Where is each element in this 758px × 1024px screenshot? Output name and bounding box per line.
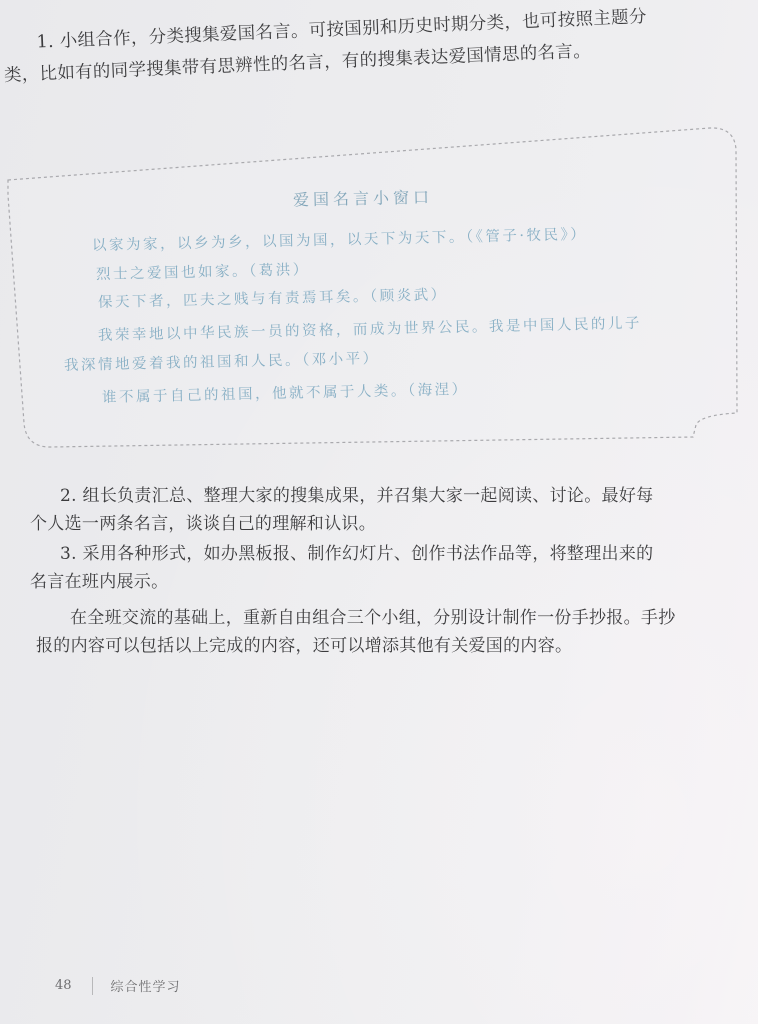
section-title: 综合性学习 [111,976,181,995]
closing-line-2: 报的内容可以包括以上完成的内容，还可以增添其他有关爱国的内容。 [36,632,676,660]
page-number: 48 [55,978,72,993]
closing-paragraph: 在全班交流的基础上，重新自由组合三个小组，分别设计制作一份手抄报。手抄 报的内容… [36,604,676,660]
quote-box-title: 爱国名言小窗口 [293,185,433,211]
item-3-line-2: 名言在班内展示。 [30,568,653,596]
instruction-item-1: 1. 小组合作，分类搜集爱国名言。可按国别和历史时期分类，也可按照主题分 类，比… [2,1,649,92]
closing-line-1: 在全班交流的基础上，重新自由组合三个小组，分别设计制作一份手抄报。手抄 [36,604,676,632]
instruction-item-3: 3. 采用各种形式，如办黑板报、制作幻灯片、创作书法作品等，将整理出来的 名言在… [60,540,653,596]
footer-divider [92,977,93,995]
item-2-line-2: 个人选一两条名言，谈谈自己的理解和认识。 [30,510,653,538]
page-footer: 48 综合性学习 [55,976,181,995]
item-3-line-1: 3. 采用各种形式，如办黑板报、制作幻灯片、创作书法作品等，将整理出来的 [60,540,653,568]
instruction-item-2: 2. 组长负责汇总、整理大家的搜集成果，并召集大家一起阅读、讨论。最好每 个人选… [60,482,653,538]
item-2-line-1: 2. 组长负责汇总、整理大家的搜集成果，并召集大家一起阅读、讨论。最好每 [60,482,653,510]
